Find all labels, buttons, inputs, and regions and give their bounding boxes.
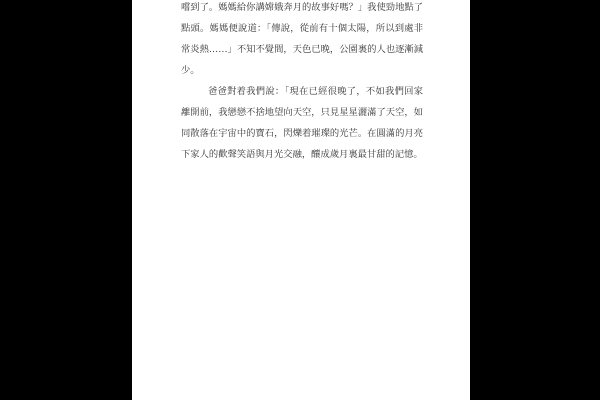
text-line-2: 點頭。媽媽便說道：「傳說，從前有十個太陽，所以到處非 — [181, 19, 423, 40]
viewer-background: 嚐到了。媽媽給你講嫦娥奔月的故事好嗎？」我使勁地點了 點頭。媽媽便說道：「傳說，… — [0, 0, 600, 400]
text-line-6: 離開前，我戀戀不捨地望向天空，只見星星灑滿了天空，如 — [181, 103, 423, 124]
text-line-5: 爸爸對着我們說：「現在已經很晚了，不如我們回家吧！」 — [181, 82, 423, 103]
text-line-3: 常炎熱……」不知不覺間，天色已晚，公園裏的人也逐漸減 — [181, 40, 423, 61]
text-line-1: 嚐到了。媽媽給你講嫦娥奔月的故事好嗎？」我使勁地點了 — [181, 0, 423, 19]
document-page: 嚐到了。媽媽給你講嫦娥奔月的故事好嗎？」我使勁地點了 點頭。媽媽便說道：「傳說，… — [132, 0, 470, 400]
text-line-4: 少。 — [181, 61, 423, 82]
text-line-8: 下家人的歡聲笑語與月光交融，釀成歲月裏最甘甜的記憶。 — [181, 145, 423, 166]
text-line-7: 同散落在宇宙中的寶石，閃爍着璀璨的光芒。在圓滿的月亮 — [181, 124, 423, 145]
document-text-block: 嚐到了。媽媽給你講嫦娥奔月的故事好嗎？」我使勁地點了 點頭。媽媽便說道：「傳說，… — [181, 0, 423, 166]
